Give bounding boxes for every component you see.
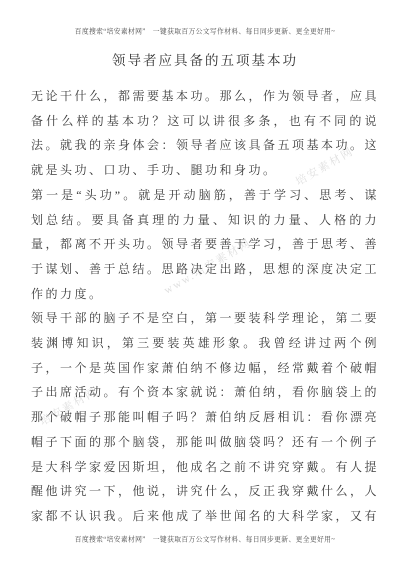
footer-note: 百度搜索“培安素材网” 一键获取百万公文写作材料、每日同步更新、更全更好用~ xyxy=(66,533,345,543)
paragraph: 无论干什么，都需要基本功。那么，作为领导者，应具备什么样的基本功？这可以讲很多条… xyxy=(31,84,379,183)
document-body: 无论干什么，都需要基本功。那么，作为领导者，应具备什么样的基本功？这可以讲很多条… xyxy=(31,84,379,532)
header-note: 百度搜索“培安素材网” 一键获取百万公文写作材料、每日同步更新、更全更好用~ xyxy=(66,25,345,35)
paragraph: 第一是“头功”。就是开动脑筋，善于学习、思考、谋划总结。要具备真理的力量、知识的… xyxy=(31,183,379,307)
page-title: 领导者应具备的五项基本功 xyxy=(0,49,410,69)
document-page: 百度搜索“培安素材网” 一键获取百万公文写作材料、每日同步更新、更全更好用~ 领… xyxy=(0,0,410,580)
paragraph: 领导干部的脑子不是空白，第一要装科学理论，第二要装渊博知识，第三要装英雄形象。我… xyxy=(31,306,379,532)
